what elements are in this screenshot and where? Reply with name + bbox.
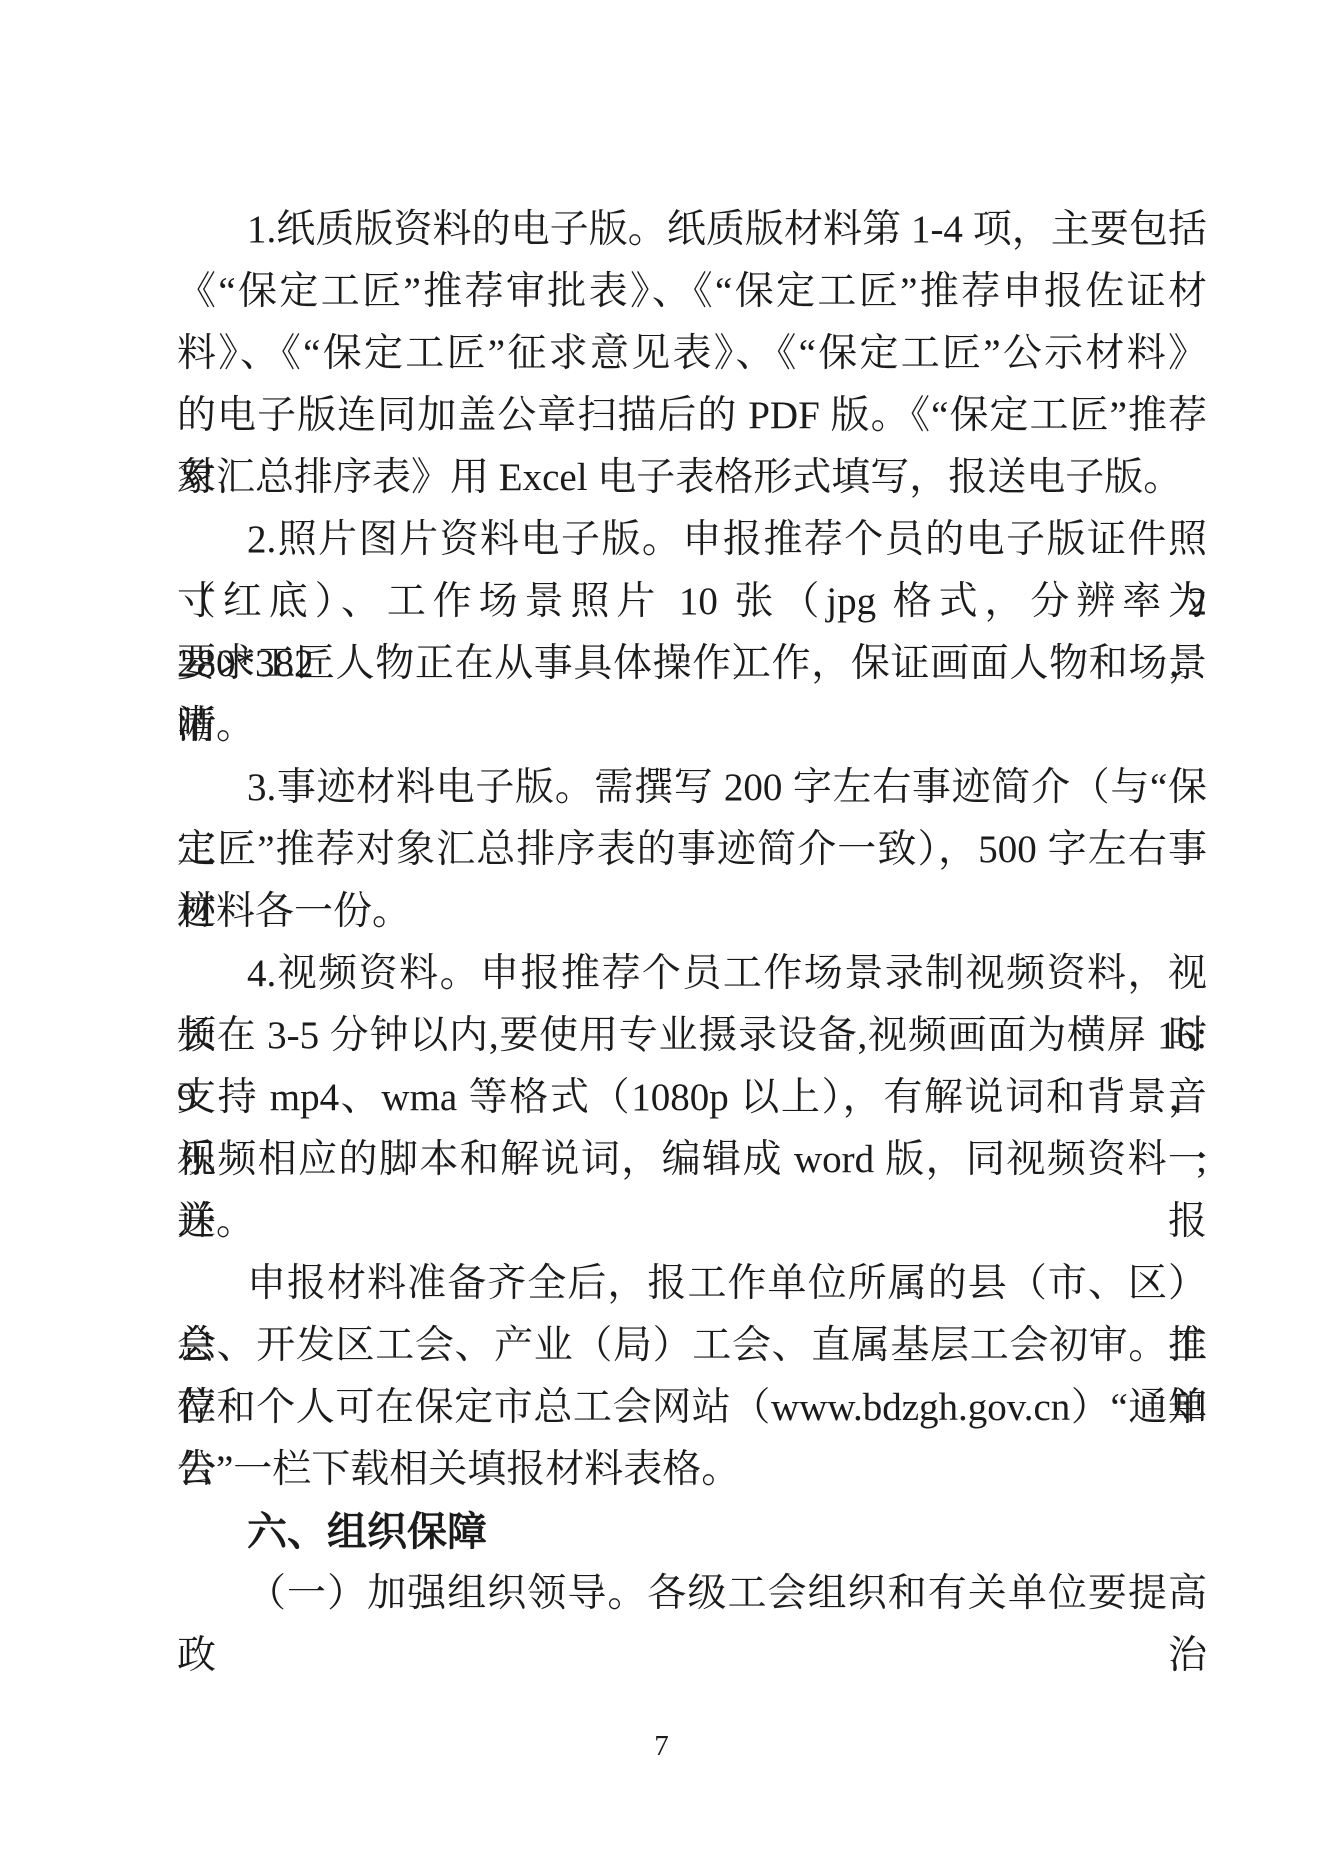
body-line: 位和个人可在保定市总工会网站（www.bdzgh.gov.cn）“通知公 — [177, 1377, 1207, 1439]
body-line: 料》、《“保定工匠”征求意见表》、《“保定工匠”公示材料》 — [177, 323, 1207, 385]
document-text-body: 1.纸质版资料的电子版。纸质版材料第 1-4 项，主要包括 《“保定工匠”推荐审… — [177, 199, 1207, 1625]
paragraph: 3.事迹材料电子版。需撰写 200 字左右事迹简介（与“保定 工匠”推荐对象汇总… — [177, 757, 1207, 943]
body-line: 要求工匠人物正在从事具体操作工作，保证画面人物和场景清 — [177, 633, 1207, 695]
paragraph: （一）加强组织领导。各级工会组织和有关单位要提高政治 — [177, 1563, 1207, 1625]
paragraph: 4.视频资料。申报推荐个员工作场景录制视频资料，视频时 长在 3-5 分钟以内,… — [177, 943, 1207, 1253]
body-line: 《“保定工匠”推荐审批表》、《“保定工匠”推荐申报佐证材 — [177, 261, 1207, 323]
body-line: 寸红底）、工作场景照片 10 张（jpg 格式，分辨率为 280*382）， — [177, 571, 1207, 633]
body-line: 的电子版连同加盖公章扫描后的 PDF 版。《“保定工匠”推荐对 — [177, 385, 1207, 447]
body-line: （一）加强组织领导。各级工会组织和有关单位要提高政治 — [177, 1563, 1207, 1625]
body-line: 3.事迹材料电子版。需撰写 200 字左右事迹简介（与“保定 — [177, 757, 1207, 819]
body-line: 材料各一份。 — [177, 881, 1207, 943]
body-line: 告”一栏下载相关填报材料表格。 — [177, 1439, 1207, 1501]
body-line: 长在 3-5 分钟以内,要使用专业摄录设备,视频画面为横屏 16: 9， — [177, 1005, 1207, 1067]
body-line: 2.照片图片资料电子版。申报推荐个员的电子版证件照（2 — [177, 509, 1207, 571]
body-line: 会、开发区工会、产业（局）工会、直属基层工会初审。推荐单 — [177, 1315, 1207, 1377]
body-line: 支持 mp4、wma 等格式（1080p 以上），有解说词和背景音乐; — [177, 1067, 1207, 1129]
body-line: 视频相应的脚本和解说词，编辑成 word 版，同视频资料一并报 — [177, 1129, 1207, 1191]
paragraph: 申报材料准备齐全后，报工作单位所属的县（市、区）总工 会、开发区工会、产业（局）… — [177, 1253, 1207, 1501]
body-line: 1.纸质版资料的电子版。纸质版材料第 1-4 项，主要包括 — [177, 199, 1207, 261]
page-number: 7 — [0, 1728, 1323, 1764]
body-line: 晰。 — [177, 695, 1207, 757]
paragraph: 2.照片图片资料电子版。申报推荐个员的电子版证件照（2 寸红底）、工作场景照片 … — [177, 509, 1207, 757]
body-line: 申报材料准备齐全后，报工作单位所属的县（市、区）总工 — [177, 1253, 1207, 1315]
body-line: 工匠”推荐对象汇总排序表的事迹简介一致），500 字左右事迹 — [177, 819, 1207, 881]
document-page: 1.纸质版资料的电子版。纸质版材料第 1-4 项，主要包括 《“保定工匠”推荐审… — [0, 0, 1323, 1871]
paragraph: 1.纸质版资料的电子版。纸质版材料第 1-4 项，主要包括 《“保定工匠”推荐审… — [177, 199, 1207, 509]
body-line: 象汇总排序表》用 Excel 电子表格形式填写，报送电子版。 — [177, 447, 1207, 509]
section-heading: 六、组织保障 — [177, 1501, 1207, 1563]
body-line: 4.视频资料。申报推荐个员工作场景录制视频资料，视频时 — [177, 943, 1207, 1005]
heading-line: 六、组织保障 — [177, 1501, 1207, 1563]
